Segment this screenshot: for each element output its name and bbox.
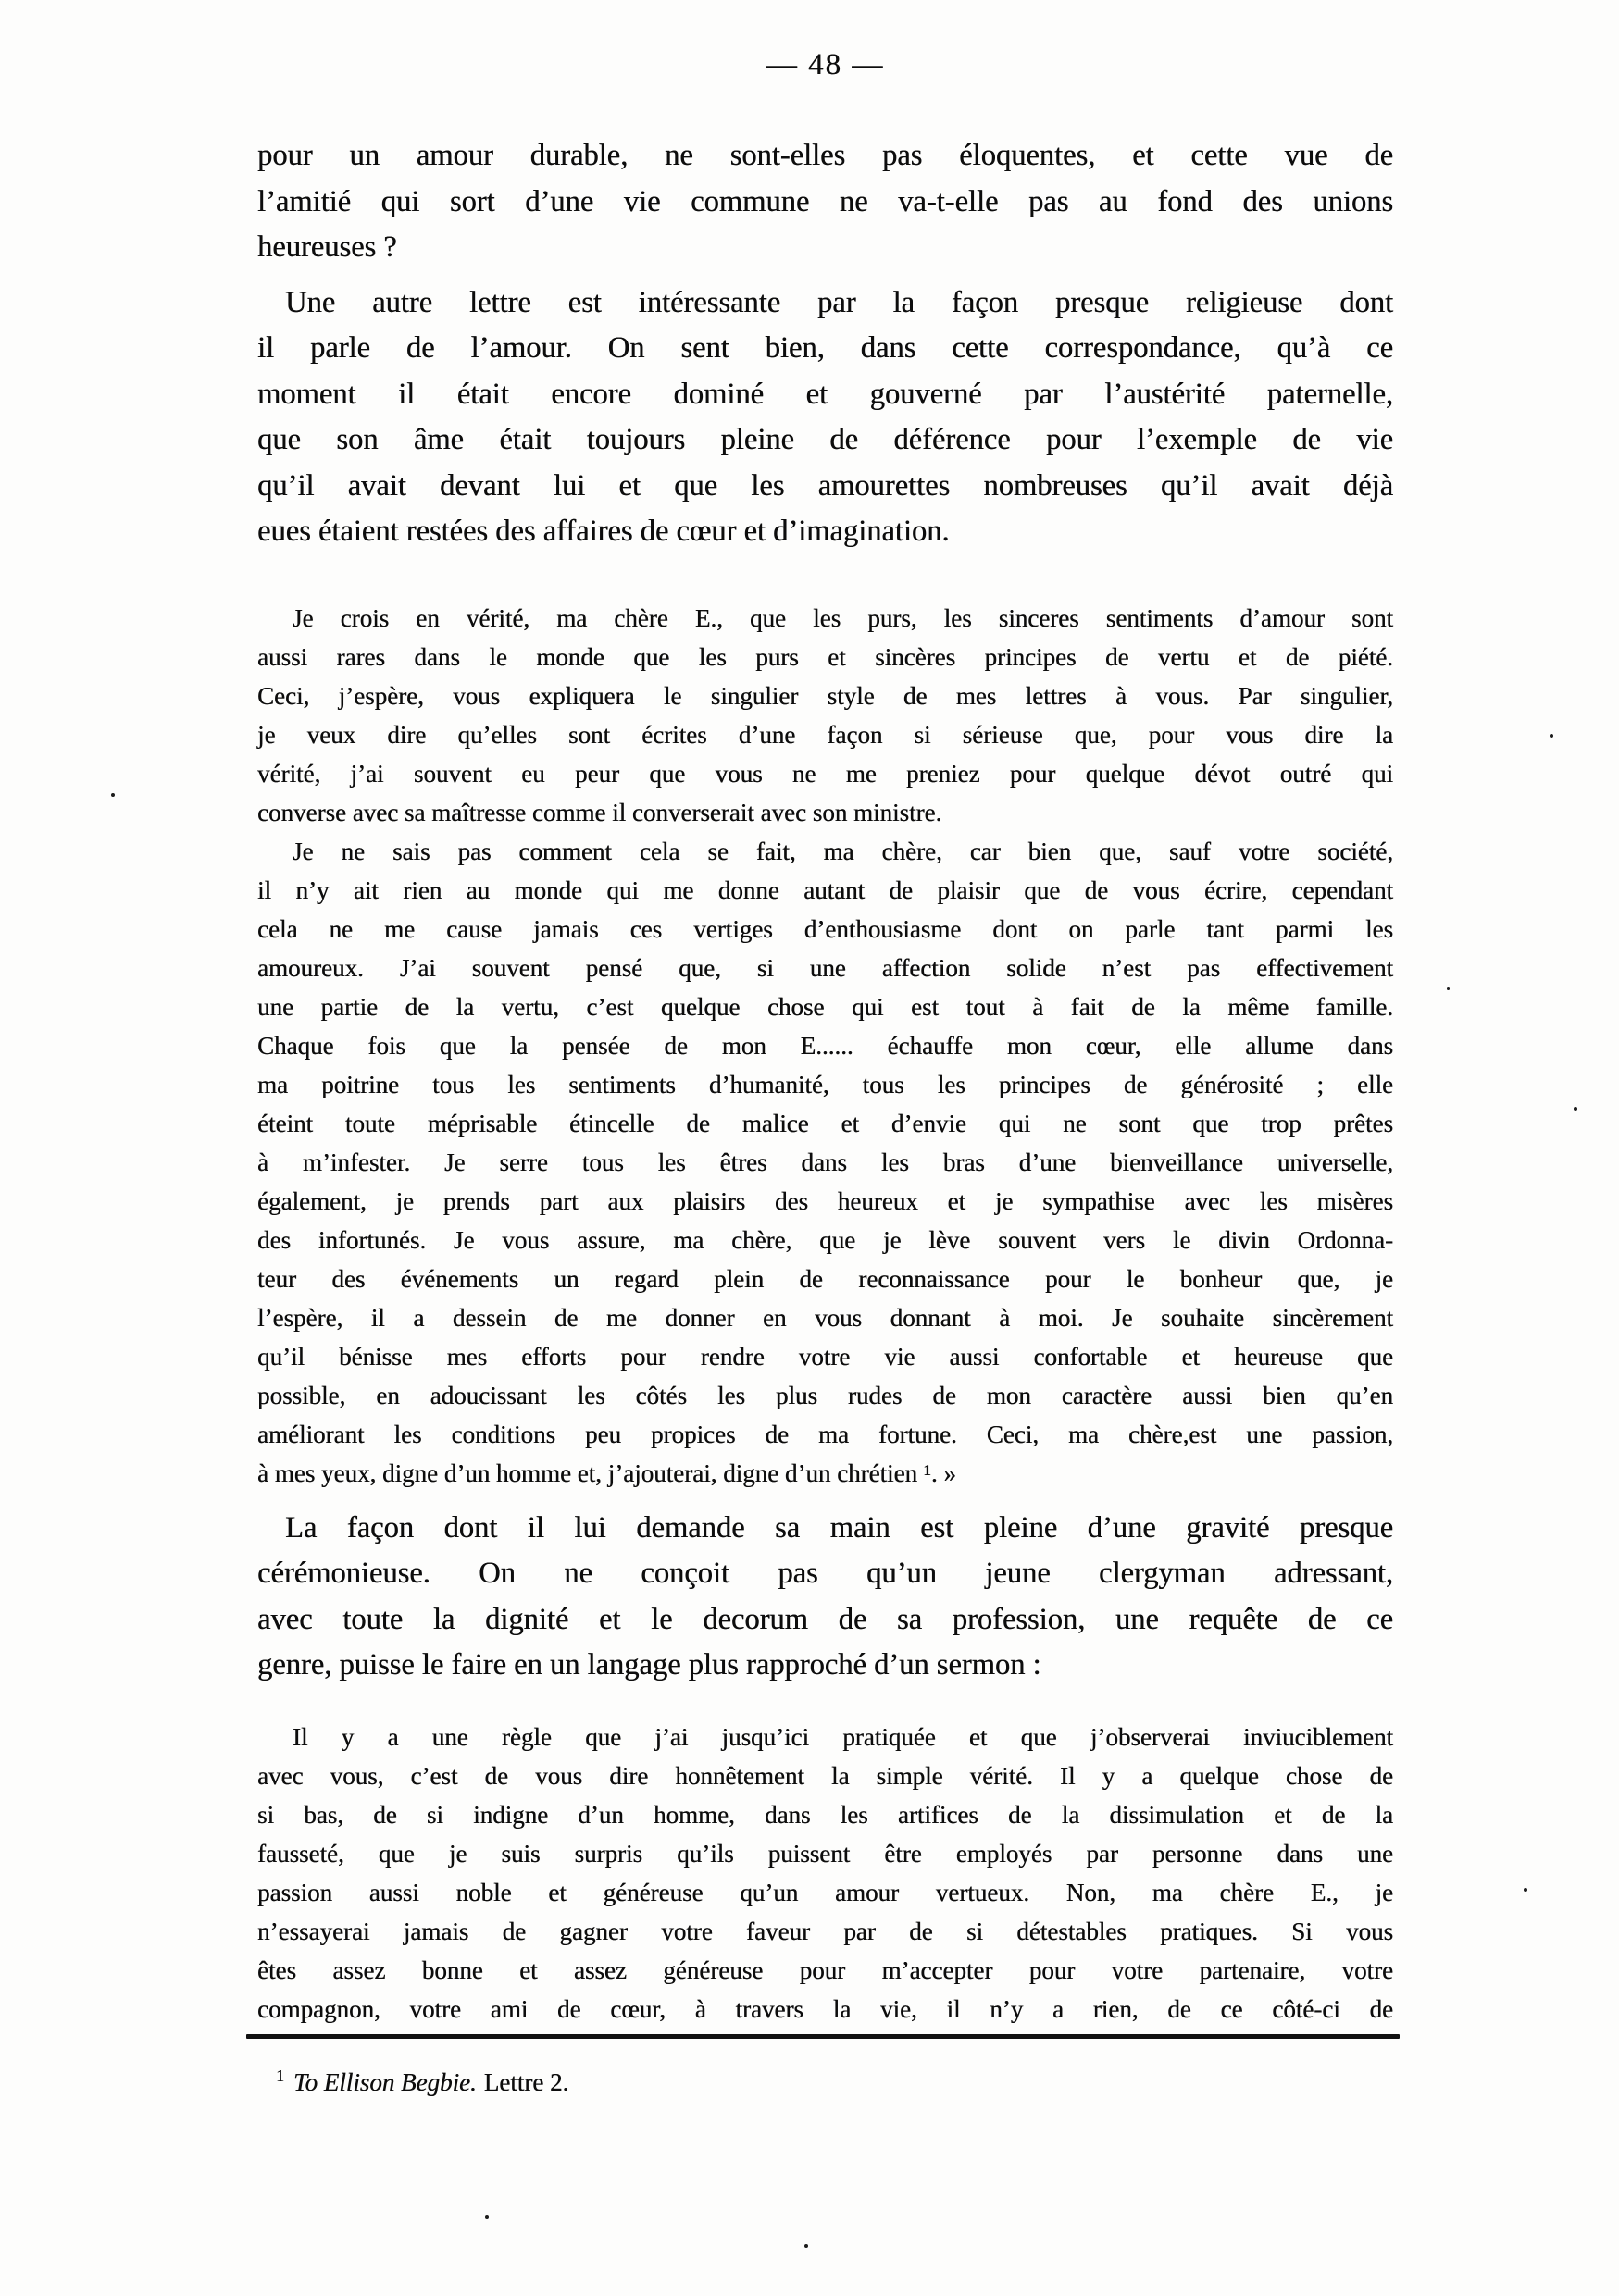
text-line: je veux dire qu’elles sont écrites d’une… bbox=[257, 715, 1393, 754]
footnote-separator-rule bbox=[246, 2034, 1400, 2039]
footnote-source: To Ellison Begbie. bbox=[293, 2068, 477, 2096]
text-line: avec vous, c’est de vous dire honnêtemen… bbox=[257, 1756, 1393, 1795]
text-line: Chaque fois que la pensée de mon E......… bbox=[257, 1026, 1393, 1065]
text-line: Je ne sais pas comment cela se fait, ma … bbox=[257, 832, 1393, 871]
scan-speck bbox=[485, 2215, 489, 2219]
text-line: possible, en adoucissant les côtés les p… bbox=[257, 1376, 1393, 1415]
text-line: heureuses ? bbox=[257, 225, 1393, 271]
text-line: Une autre lettre est intéressante par la… bbox=[257, 280, 1393, 327]
text-line: vérité, j’ai souvent eu peur que vous ne… bbox=[257, 754, 1393, 793]
text-line: compagnon, votre ami de cœur, à travers … bbox=[257, 1990, 1393, 2029]
text-line: Je crois en vérité, ma chère E., que les… bbox=[257, 599, 1393, 638]
scan-speck bbox=[1524, 1888, 1527, 1892]
text-line: passion aussi noble et généreuse qu’un a… bbox=[257, 1873, 1393, 1912]
text-line: qu’il avait devant lui et que les amoure… bbox=[257, 464, 1393, 510]
text-line: converse avec sa maîtresse comme il conv… bbox=[257, 793, 1393, 832]
text-line: une partie de la vertu, c’est quelque ch… bbox=[257, 987, 1393, 1026]
text-line: également, je prends part aux plaisirs d… bbox=[257, 1182, 1393, 1221]
text-line: Il y a une règle que j’ai jusqu’ici prat… bbox=[257, 1718, 1393, 1756]
text-line: fausseté, que je suis surpris qu’ils pui… bbox=[257, 1834, 1393, 1873]
text-line: à mes yeux, digne d’un homme et, j’ajout… bbox=[257, 1454, 1393, 1493]
text-line: pour un amour durable, ne sont-elles pas… bbox=[257, 133, 1393, 180]
text-line: moment il était encore dominé et gouvern… bbox=[257, 372, 1393, 418]
book-page: — 48 — pour un amour durable, ne sont-el… bbox=[0, 0, 1619, 2296]
text-line: ma poitrine tous les sentiments d’humani… bbox=[257, 1065, 1393, 1104]
letter-quote-paragraph: Je ne sais pas comment cela se fait, ma … bbox=[257, 832, 1393, 1493]
text-line: avec toute la dignité et le decorum de s… bbox=[257, 1597, 1393, 1644]
scan-speck bbox=[1447, 987, 1450, 990]
text-line: que son âme était toujours pleine de déf… bbox=[257, 417, 1393, 464]
text-line: êtes assez bonne et assez généreuse pour… bbox=[257, 1951, 1393, 1990]
text-line: l’espère, il a dessein de me donner en v… bbox=[257, 1298, 1393, 1337]
text-line: il parle de l’amour. On sent bien, dans … bbox=[257, 326, 1393, 372]
page-number: — 48 — bbox=[257, 0, 1393, 87]
text-line: à m’infester. Je serre tous les êtres da… bbox=[257, 1143, 1393, 1182]
text-line: teur des événements un regard plein de r… bbox=[257, 1260, 1393, 1298]
letter-quote-paragraph: Il y a une règle que j’ai jusqu’ici prat… bbox=[257, 1718, 1393, 2029]
text-blocks: pour un amour durable, ne sont-elles pas… bbox=[257, 133, 1393, 2029]
text-line: Ceci, j’espère, vous expliquera le singu… bbox=[257, 676, 1393, 715]
text-line: genre, puisse le faire en un langage plu… bbox=[257, 1643, 1393, 1689]
body-paragraph: La façon dont il lui demande sa main est… bbox=[257, 1506, 1393, 1689]
text-line: si bas, de si indigne d’un homme, dans l… bbox=[257, 1795, 1393, 1834]
footnote-reference: Lettre 2. bbox=[484, 2068, 568, 2096]
text-line: l’amitié qui sort d’une vie commune ne v… bbox=[257, 180, 1393, 226]
footnote: 1To Ellison Begbie.Lettre 2. bbox=[257, 2066, 1393, 2097]
scan-speck bbox=[111, 793, 115, 797]
text-line: éteint toute méprisable étincelle de mal… bbox=[257, 1104, 1393, 1143]
text-line: il n’y ait rien au monde qui me donne au… bbox=[257, 871, 1393, 910]
scan-speck bbox=[804, 2244, 808, 2248]
text-line: La façon dont il lui demande sa main est… bbox=[257, 1506, 1393, 1552]
text-line: qu’il bénisse mes efforts pour rendre vo… bbox=[257, 1337, 1393, 1376]
text-line: améliorant les conditions peu propices d… bbox=[257, 1415, 1393, 1454]
text-line: cela ne me cause jamais ces vertiges d’e… bbox=[257, 910, 1393, 949]
text-line: cérémonieuse. On ne conçoit pas qu’un je… bbox=[257, 1551, 1393, 1597]
scan-speck bbox=[1574, 1107, 1577, 1111]
body-paragraph: Une autre lettre est intéressante par la… bbox=[257, 280, 1393, 555]
text-line: des infortunés. Je vous assure, ma chère… bbox=[257, 1221, 1393, 1260]
text-line: eues étaient restées des affaires de cœu… bbox=[257, 509, 1393, 555]
text-column: pour un amour durable, ne sont-elles pas… bbox=[257, 133, 1393, 2097]
scan-speck bbox=[1550, 734, 1553, 738]
letter-quote-paragraph: Je crois en vérité, ma chère E., que les… bbox=[257, 599, 1393, 832]
body-paragraph-continuation: pour un amour durable, ne sont-elles pas… bbox=[257, 133, 1393, 271]
text-line: amoureux. J’ai souvent pensé que, si une… bbox=[257, 949, 1393, 987]
text-line: n’essayerai jamais de gagner votre faveu… bbox=[257, 1912, 1393, 1951]
text-line: aussi rares dans le monde que les purs e… bbox=[257, 638, 1393, 676]
footnote-marker: 1 bbox=[276, 2066, 284, 2085]
